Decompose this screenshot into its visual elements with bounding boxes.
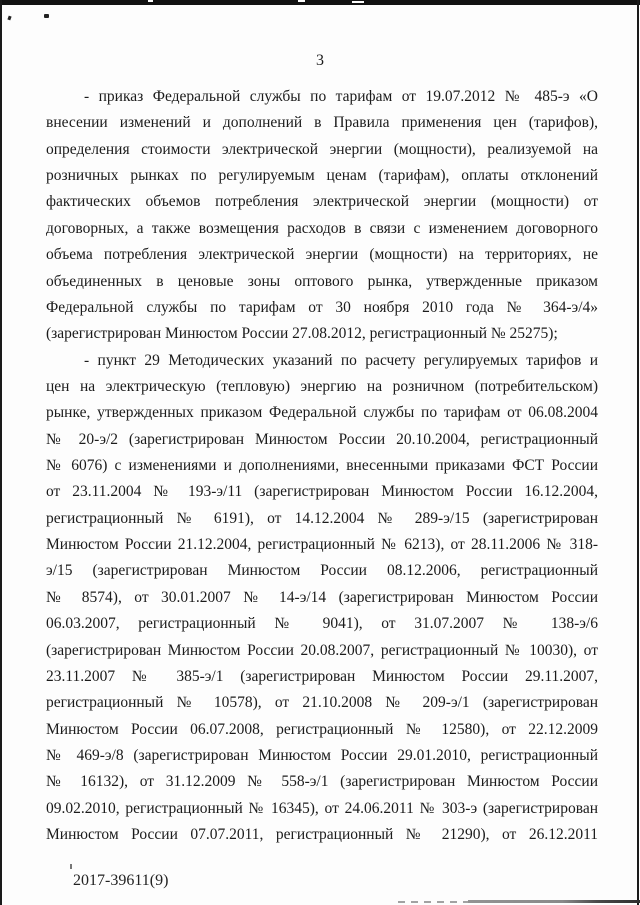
text-line: № 16132), от 31.12.2009 № 558-э/1 (зарег… (46, 769, 598, 795)
text-line: (зарегистрирован Минюстом России 27.08.2… (46, 321, 598, 347)
document-code-footer: 2017-39611(9) (73, 871, 168, 891)
text-line: 09.02.2010, регистрационный № 16345), от… (46, 796, 598, 822)
text-line: фактических объемов потребления электрич… (46, 189, 598, 215)
text-line: от 23.11.2004 № 193-э/11 (зарегистрирова… (46, 479, 598, 505)
text-line: объема потребления электрической энергии… (46, 242, 598, 268)
scan-strip-dashes (398, 901, 468, 903)
text-line: регистрационный № 6191), от 14.12.2004 №… (46, 506, 598, 532)
scan-top-edge-bar (0, 0, 640, 5)
text-line: 23.11.2007 № 385-э/1 (зарегистрирован Ми… (46, 664, 598, 690)
text-line: регистрационный № 10578), от 21.10.2008 … (46, 690, 598, 716)
ink-speck (7, 16, 11, 21)
scan-notch (352, 1, 364, 3)
text-line: Минюстом России 21.12.2004, регистрацион… (46, 532, 598, 558)
text-line: э/15 (зарегистрирован Минюстом России 08… (46, 558, 598, 584)
text-line: розничных рынках по регулируемым ценам (… (46, 163, 598, 189)
document-body: - приказ Федеральной службы по тарифам о… (46, 84, 598, 848)
paragraph-prikaz-485-e: - приказ Федеральной службы по тарифам о… (46, 84, 598, 348)
text-line: № 20-э/2 (зарегистрирован Минюстом Росси… (46, 427, 598, 453)
text-line: № 8574), от 30.01.2007 № 14-э/14 (зареги… (46, 585, 598, 611)
text-line: договорных, а также возмещения расходов … (46, 216, 598, 242)
text-line: Минюстом России 06.07.2008, регистрацион… (46, 717, 598, 743)
scan-notch (148, 0, 153, 2)
paragraph-punkt-29: - пункт 29 Методических указаний по расч… (46, 348, 598, 849)
text-line: 06.03.2007, регистрационный № 9041), от … (46, 611, 598, 637)
text-line: - пункт 29 Методических указаний по расч… (46, 348, 598, 374)
text-line: Минюстом России 07.07.2011, регистрацион… (46, 822, 598, 848)
scan-notch (298, 0, 305, 2)
ink-speck (44, 14, 49, 18)
text-line: № 6076) с изменениями и дополнениями, вн… (46, 453, 598, 479)
scanned-document-page: 3 - приказ Федеральной службы по тарифам… (0, 0, 640, 905)
page-number: 3 (0, 50, 640, 72)
text-line: Федеральной службы по тарифам от 30 нояб… (46, 295, 598, 321)
text-line: определения стоимости электрической энер… (46, 137, 598, 163)
text-line: объединенных в ценовые зоны оптового рын… (46, 269, 598, 295)
text-line: № 469-э/8 (зарегистрирован Минюстом Росс… (46, 743, 598, 769)
scan-strip-solid (468, 900, 640, 903)
scan-bottom-edge-strip (398, 900, 640, 903)
text-line: - приказ Федеральной службы по тарифам о… (46, 84, 598, 110)
text-line: внесении изменений и дополнений в Правил… (46, 110, 598, 136)
scan-left-edge-line (0, 0, 2, 905)
text-line: цен на электрическую (тепловую) энергию … (46, 374, 598, 400)
text-line: рынке, утвержденных приказом Федеральной… (46, 400, 598, 426)
scan-right-edge-line (637, 0, 639, 905)
ink-speck (70, 864, 72, 869)
text-line: (зарегистрирован Минюстом России 20.08.2… (46, 638, 598, 664)
